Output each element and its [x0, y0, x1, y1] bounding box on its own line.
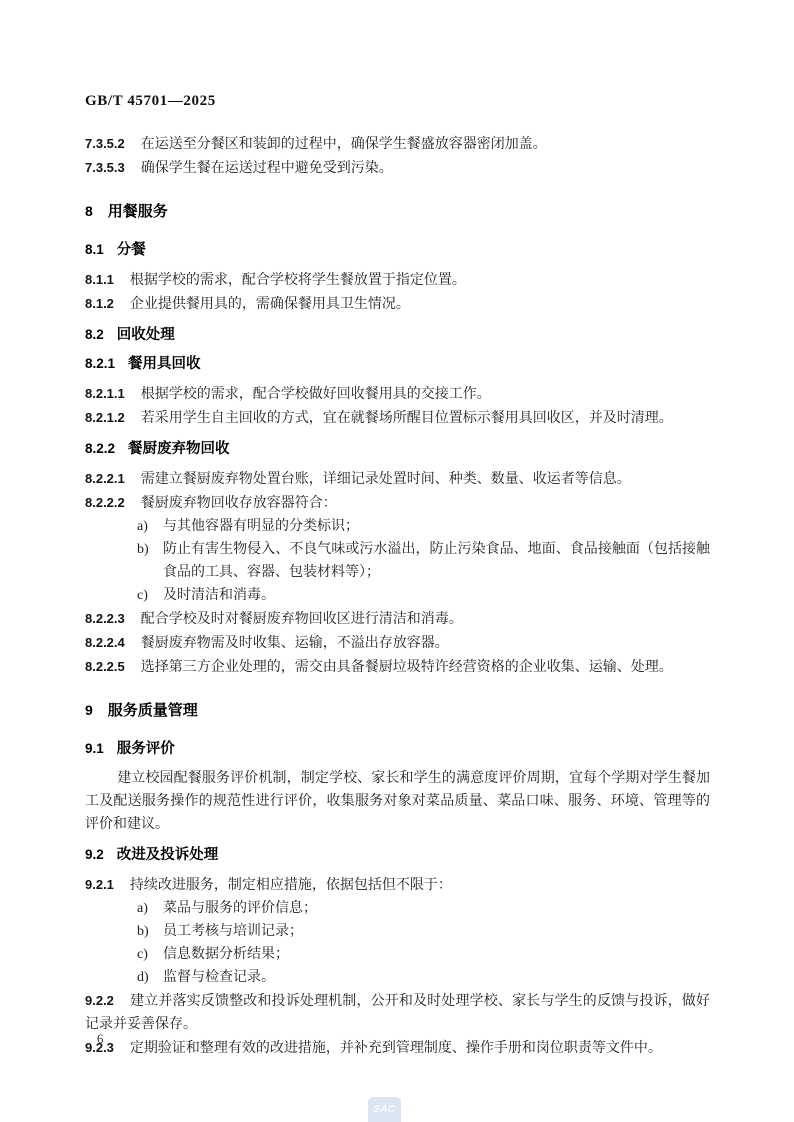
list-item: b)防止有害生物侵入、不良气味或污水溢出，防止污染食品、地面、食品接触面（包括接…	[85, 538, 710, 584]
clause-paragraph: 8.1.2企业提供餐用具的，需确保餐用具卫生情况。	[85, 292, 710, 316]
clause-paragraph: 8.2.2.1需建立餐厨废弃物处置台账，详细记录处置时间、种类、数量、收运者等信…	[85, 467, 710, 491]
list-item: c)及时清洁和消毒。	[85, 584, 710, 607]
text: 改进及投诉处理	[117, 847, 219, 863]
clause-paragraph: 8.2.2.2餐厨废弃物回收存放容器符合：	[85, 491, 710, 515]
list-marker: a)	[137, 897, 148, 920]
text: 定期验证和整理有效的改进措施，并补充到管理制度、操作手册和岗位职责等文件中。	[130, 1041, 662, 1056]
text: 餐厨废弃物回收存放容器符合：	[141, 496, 337, 511]
clause-number: 8.2.2.3	[85, 611, 125, 626]
clause-paragraph: 9.2.3定期验证和整理有效的改进措施，并补充到管理制度、操作手册和岗位职责等文…	[85, 1036, 710, 1060]
clause-paragraph: 7.3.5.2在运送至分餐区和装卸的过程中，确保学生餐盛放容器密闭加盖。	[85, 132, 710, 156]
text: 监督与检查记录。	[163, 970, 275, 985]
text: 根据学校的需求，配合学校将学生餐放置于指定位置。	[130, 273, 466, 288]
sac-logo-text: SAC	[372, 1104, 396, 1115]
text: 企业提供餐用具的，需确保餐用具卫生情况。	[130, 297, 410, 312]
list-item: a)与其他容器有明显的分类标识；	[85, 515, 710, 538]
clause-number: 9.2	[85, 847, 104, 862]
list-marker: c)	[137, 584, 148, 607]
clause-paragraph: 8.2.2.3配合学校及时对餐厨废弃物回收区进行清洁和消毒。	[85, 607, 710, 631]
text: 在运送至分餐区和装卸的过程中，确保学生餐盛放容器密闭加盖。	[141, 137, 547, 152]
page-number: 6	[97, 1031, 104, 1047]
text: 菜品与服务的评价信息；	[163, 901, 317, 916]
clause-number: 8.2.2.4	[85, 635, 125, 650]
standard-number: GB/T 45701—2025	[85, 93, 216, 109]
text: 建立并落实反馈整改和投诉处理机制，公开和及时处理学校、家长与学生的反馈与投诉，做…	[85, 994, 710, 1032]
clause-number: 8.2.2.1	[85, 471, 125, 486]
text: 信息数据分析结果；	[163, 947, 289, 962]
list-item: b)员工考核与培训记录；	[85, 920, 710, 943]
text: 及时清洁和消毒。	[163, 588, 275, 603]
clause-paragraph: 8.2.1.1根据学校的需求，配合学校做好回收餐用具的交接工作。	[85, 382, 710, 406]
clause-number: 8.1.2	[85, 296, 114, 311]
clause-number: 8.2	[85, 327, 104, 342]
text: 服务质量管理	[108, 702, 198, 719]
section-heading: 8用餐服务	[85, 201, 710, 222]
list-marker: d)	[137, 966, 149, 989]
list-item: c)信息数据分析结果；	[85, 943, 710, 966]
text: 防止有害生物侵入、不良气味或污水溢出，防止污染食品、地面、食品接触面（包括接触食…	[163, 542, 710, 580]
text: 需建立餐厨废弃物处置台账，详细记录处置时间、种类、数量、收运者等信息。	[141, 472, 631, 487]
text: 餐厨废弃物回收	[128, 441, 230, 457]
list-marker: c)	[137, 943, 148, 966]
clause-paragraph: 8.2.2.4餐厨废弃物需及时收集、运输，不溢出存放容器。	[85, 631, 710, 655]
clause-number: 9.1	[85, 741, 104, 756]
document-content: 7.3.5.2在运送至分餐区和装卸的过程中，确保学生餐盛放容器密闭加盖。7.3.…	[85, 132, 710, 1060]
document-page: GB/T 45701—2025 7.3.5.2在运送至分餐区和装卸的过程中，确保…	[0, 0, 794, 1122]
clause-paragraph: 8.1.1根据学校的需求，配合学校将学生餐放置于指定位置。	[85, 268, 710, 292]
section-heading: 9服务质量管理	[85, 700, 710, 721]
clause-number: 9	[85, 702, 93, 718]
text: 配合学校及时对餐厨废弃物回收区进行清洁和消毒。	[141, 612, 463, 627]
list-item: a)菜品与服务的评价信息；	[85, 897, 710, 920]
body-paragraph: 建立校园配餐服务评价机制，制定学校、家长和学生的满意度评价周期，宜每个学期对学生…	[85, 767, 710, 836]
text: 回收处理	[117, 327, 175, 343]
subsection-heading: 9.2改进及投诉处理	[85, 845, 710, 865]
text: 持续改进服务，制定相应措施，依据包括但不限于：	[130, 878, 452, 893]
clause-number: 8.2.2	[85, 441, 115, 456]
clause-number: 8.2.2.2	[85, 495, 125, 510]
text: 根据学校的需求，配合学校做好回收餐用具的交接工作。	[141, 387, 491, 402]
list-marker: b)	[137, 538, 149, 561]
clause-paragraph: 7.3.5.3确保学生餐在运送过程中避免受到污染。	[85, 156, 710, 180]
subsection-heading: 8.1分餐	[85, 240, 710, 260]
clause-number: 8.2.1.2	[85, 410, 125, 425]
text: 建立校园配餐服务评价机制，制定学校、家长和学生的满意度评价周期，宜每个学期对学生…	[85, 771, 710, 832]
clause-number: 8.2.2.5	[85, 659, 125, 674]
list-item: d)监督与检查记录。	[85, 966, 710, 989]
text: 用餐服务	[108, 203, 168, 220]
subsection-heading: 8.2.1餐用具回收	[85, 354, 710, 374]
list-marker: a)	[137, 515, 148, 538]
list-marker: b)	[137, 920, 149, 943]
text: 员工考核与培训记录；	[163, 924, 303, 939]
clause-number: 7.3.5.3	[85, 160, 125, 175]
text: 服务评价	[117, 741, 175, 757]
text: 选择第三方企业处理的，需交由具备餐厨垃圾特许经营资格的企业收集、运输、处理。	[141, 660, 673, 675]
clause-number: 8.2.1	[85, 356, 115, 371]
clause-number: 7.3.5.2	[85, 136, 125, 151]
clause-number: 8.2.1.1	[85, 386, 125, 401]
text: 餐厨废弃物需及时收集、运输，不溢出存放容器。	[141, 636, 449, 651]
subsection-heading: 8.2.2餐厨废弃物回收	[85, 439, 710, 459]
subsection-heading: 8.2回收处理	[85, 325, 710, 345]
clause-paragraph: 9.2.2建立并落实反馈整改和投诉处理机制，公开和及时处理学校、家长与学生的反馈…	[85, 989, 710, 1036]
text: 若采用学生自主回收的方式，宜在就餐场所醒目位置标示餐用具回收区，并及时清理。	[141, 411, 673, 426]
sac-logo-watermark: SAC	[368, 1097, 401, 1122]
text: 分餐	[117, 242, 146, 258]
clause-paragraph: 9.2.1持续改进服务，制定相应措施，依据包括但不限于：	[85, 873, 710, 897]
clause-paragraph: 8.2.1.2若采用学生自主回收的方式，宜在就餐场所醒目位置标示餐用具回收区，并…	[85, 406, 710, 430]
text: 餐用具回收	[128, 356, 201, 372]
page-header: GB/T 45701—2025	[85, 92, 710, 110]
document-body: GB/T 45701—2025 7.3.5.2在运送至分餐区和装卸的过程中，确保…	[85, 92, 710, 1060]
text: 确保学生餐在运送过程中避免受到污染。	[141, 161, 393, 176]
text: 与其他容器有明显的分类标识；	[163, 519, 359, 534]
clause-number: 8	[85, 203, 93, 219]
subsection-heading: 9.1服务评价	[85, 739, 710, 759]
clause-number: 8.1.1	[85, 272, 114, 287]
clause-number: 8.1	[85, 242, 104, 257]
clause-number: 9.2.2	[85, 993, 114, 1008]
clause-paragraph: 8.2.2.5选择第三方企业处理的，需交由具备餐厨垃圾特许经营资格的企业收集、运…	[85, 655, 710, 679]
clause-number: 9.2.1	[85, 877, 114, 892]
